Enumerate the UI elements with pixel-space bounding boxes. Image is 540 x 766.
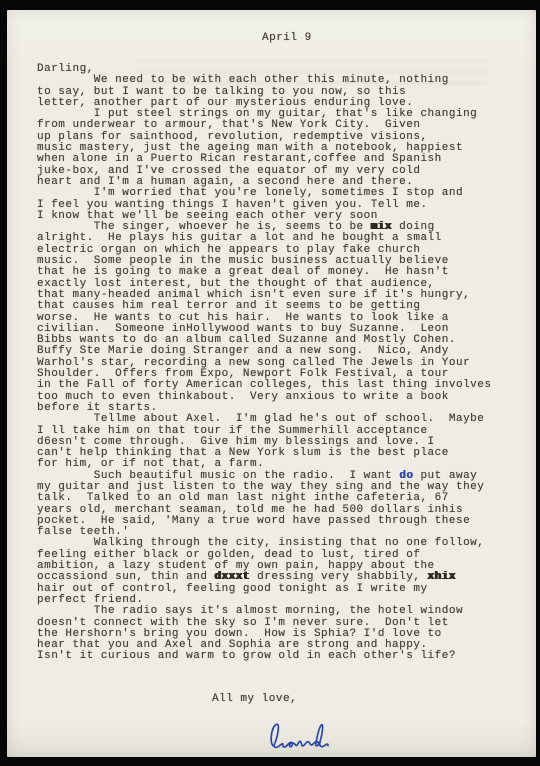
letter-body: Darling, We need to be with each other t… [37,64,516,663]
signature-leonard [266,706,516,760]
struck-out-word: xhix [428,571,456,583]
signature-ink-stroke [266,712,359,755]
letter-paper: April 9 Darling, We need to be with each… [7,10,536,757]
ink-correction: do [399,470,413,482]
letter-date: April 9 [262,32,516,44]
letter-photo: { "letter": { "date": "April 9", "closin… [0,0,540,766]
letter-line: Isn't it curious and warm to grow old in… [37,651,516,662]
struck-out-word: dxxxt [215,571,251,583]
letter-closing: All my love, [212,693,516,705]
